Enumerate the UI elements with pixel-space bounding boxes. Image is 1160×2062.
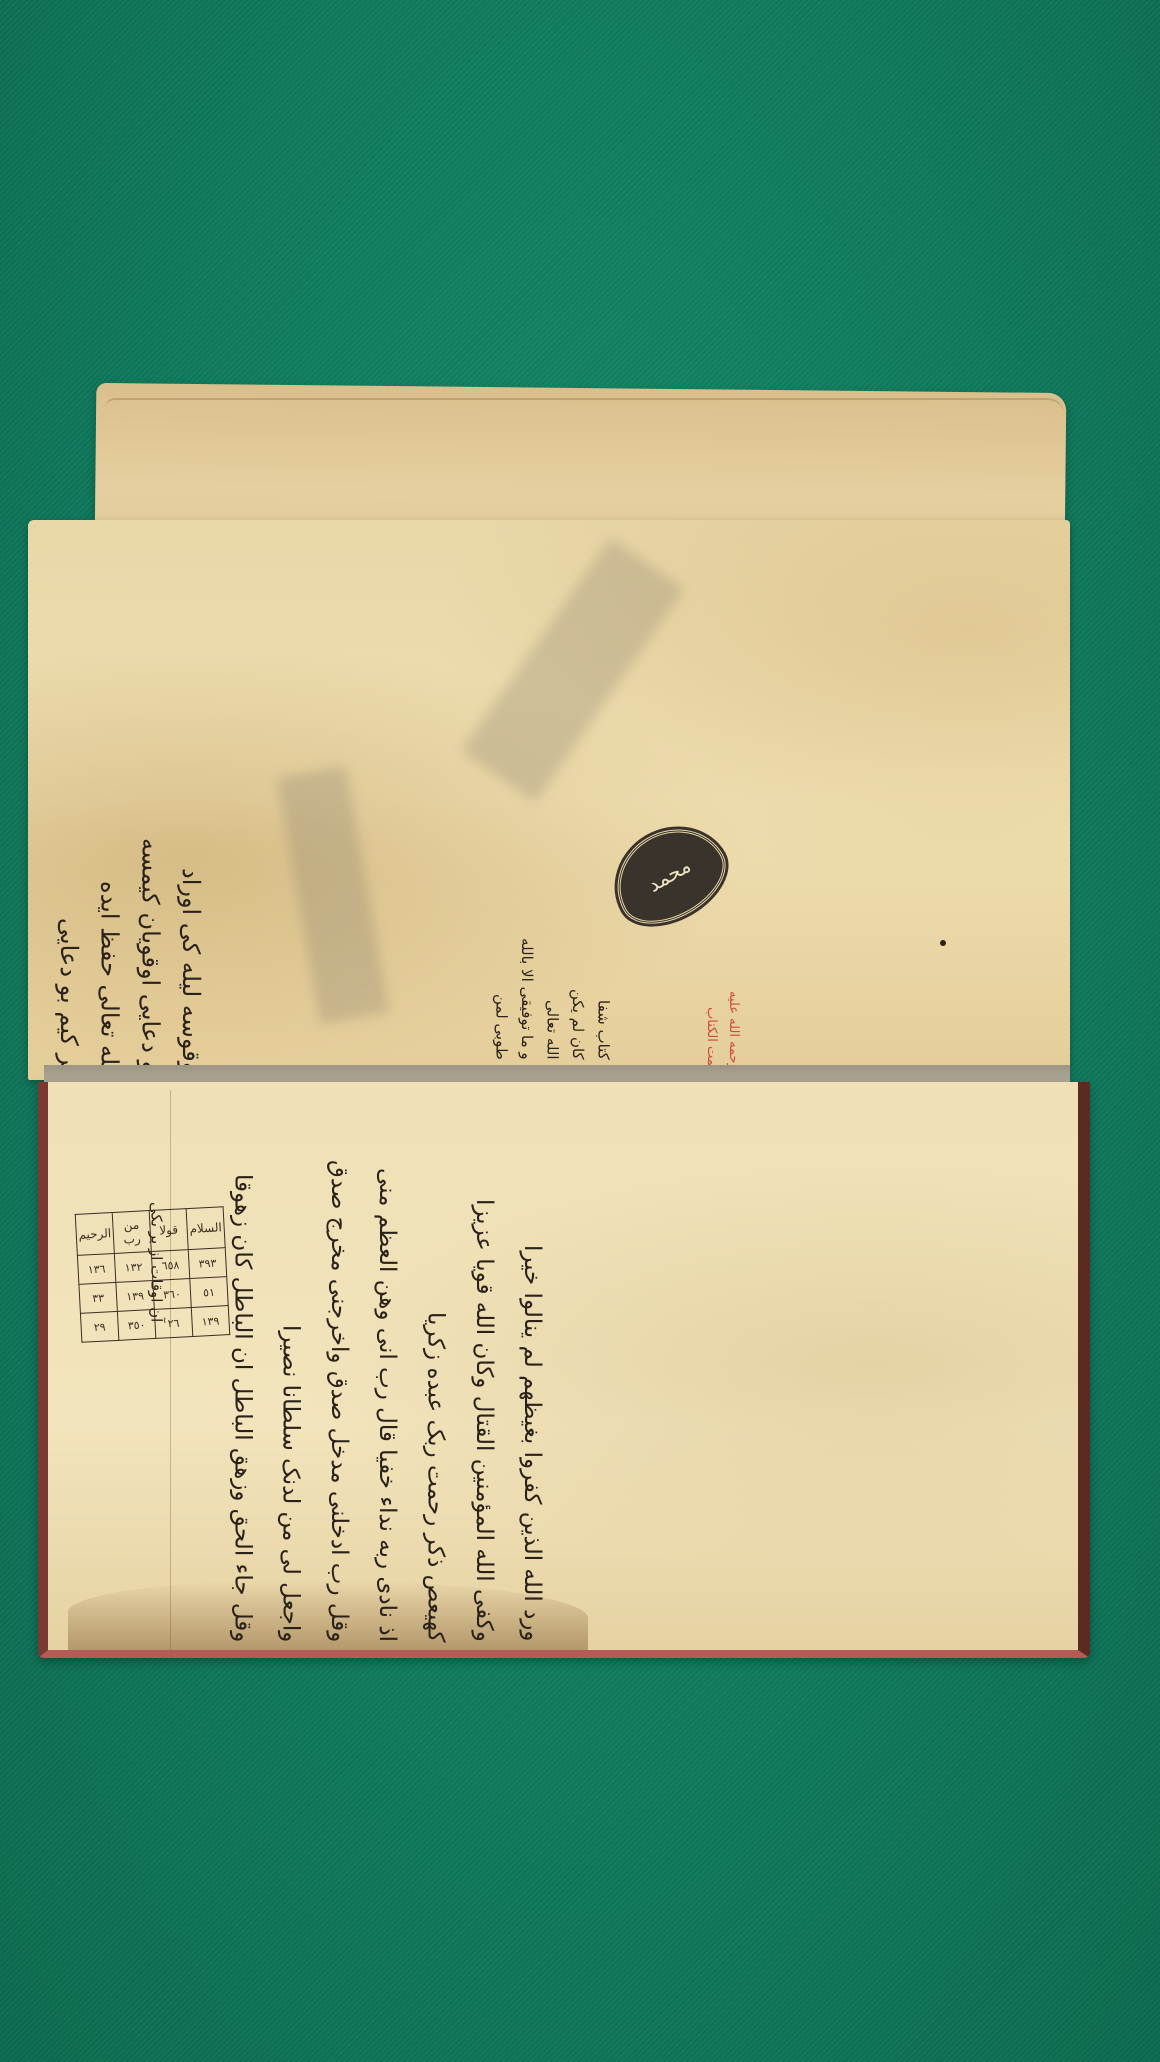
table-cell: ١٣٩: [116, 1280, 154, 1311]
text-line: کان لم یکن: [565, 760, 591, 1060]
magic-square-table: الرحیم من رب قولا السلام ١٣٦ ١٣٢ ٦٥٨ ٣٩٣…: [75, 1206, 231, 1343]
main-text-block: کتاب شفا کان لم یکن الله تعالی و ما توفی…: [488, 760, 616, 1060]
table-cell: ١٣٩: [191, 1306, 229, 1337]
table-cell: ٣٥٠: [117, 1309, 155, 1340]
table-cell: ٣٦٠: [153, 1279, 191, 1310]
table-cell: ٢٦: [154, 1308, 192, 1339]
text-line: و ما توفیقی الا بالله: [514, 760, 540, 1060]
note-line: الله تعالی حفظ ایده: [89, 610, 130, 1080]
table-cell: السلام: [186, 1207, 225, 1250]
text-line: وقل رب ادخلنی مدخل صدق واخرجنی مخرج صدق: [315, 1202, 363, 1642]
table-cell: ٣٩٣: [188, 1248, 226, 1279]
red-line: تمت الکتاب: [700, 910, 722, 1070]
text-line: وکفی الله المؤمنین القتال وکان الله قویا…: [459, 1202, 507, 1642]
prayer-text-block: ورد الله الذین کفروا بغیظهم لم ینالوا خی…: [218, 1202, 556, 1642]
table-cell: قولا: [149, 1209, 188, 1252]
text-line: اذ نادی ربه نداء خفیا قال رب انی وهن الع…: [363, 1202, 411, 1642]
note-line: هر کیم بو دعایی: [48, 610, 89, 1080]
table-cell: ١٣٢: [114, 1252, 152, 1283]
ink-smudge: [277, 766, 389, 1024]
note-line: بو دعایی اوقویان کیمسه: [130, 610, 171, 1080]
upper-manuscript-page: اوقوسه لیله کی اوراد بو دعایی اوقویان کی…: [28, 520, 1070, 1080]
lower-manuscript-page: آن اوقات از بر یکی ورد الله الذین کفروا …: [38, 1082, 1090, 1658]
table-cell: ٢٩: [80, 1311, 118, 1342]
table-cell: ١٣٦: [77, 1253, 115, 1284]
red-ink-text: رحمه الله علیه تمت الکتاب: [700, 910, 744, 1070]
ruled-margin-line: [170, 1090, 171, 1650]
handwritten-notes-block: اوقوسه لیله کی اوراد بو دعایی اوقویان کی…: [48, 610, 211, 1080]
text-line: کتاب شفا: [590, 760, 616, 1060]
text-line: ورد الله الذین کفروا بغیظهم لم ینالوا خی…: [508, 1202, 556, 1642]
table-cell: ٥١: [190, 1277, 228, 1308]
text-line: طوبی لمن: [488, 760, 514, 1060]
text-line: واجعل لی من لدنک سلطانا نصیرا: [266, 1202, 314, 1642]
red-line: رحمه الله علیه: [722, 910, 744, 1070]
text-line: کهیعص ذکر رحمت ربک عبده زکریا: [411, 1202, 459, 1642]
table-cell: ٣٣: [79, 1282, 117, 1313]
table-cell: من رب: [112, 1211, 151, 1254]
text-line: الله تعالی: [539, 760, 565, 1060]
table-cell: ٦٥٨: [151, 1250, 189, 1281]
note-line: اوقوسه لیله کی اوراد: [170, 610, 211, 1080]
table-cell: الرحیم: [75, 1213, 114, 1256]
ink-dot: [940, 940, 946, 946]
